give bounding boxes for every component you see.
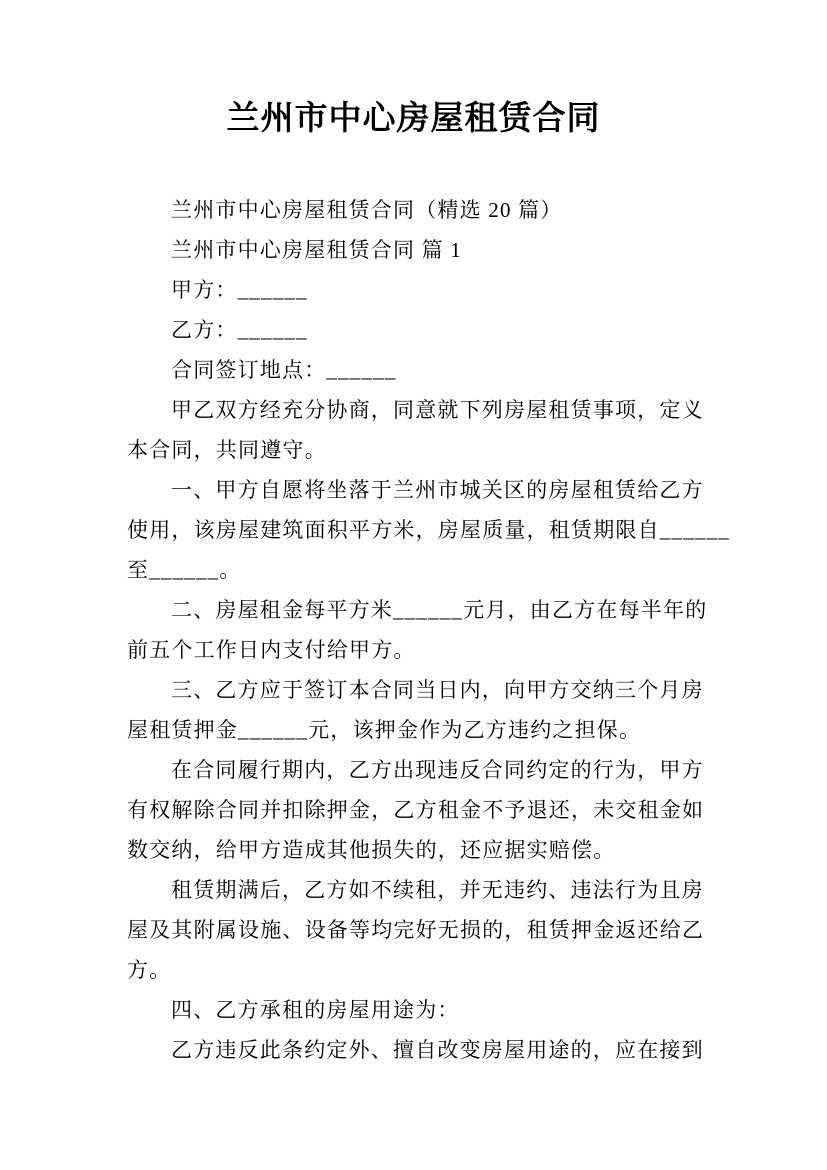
document-line: 方。	[127, 950, 707, 990]
document-body: 兰州市中心房屋租赁合同（精选 20 篇）兰州市中心房屋租赁合同 篇 1甲方：__…	[127, 190, 707, 1070]
document-line: 兰州市中心房屋租赁合同（精选 20 篇）	[127, 190, 707, 230]
document-line: 合同签订地点：______	[127, 350, 707, 390]
document-line: 甲方：______	[127, 270, 707, 310]
document-line: 有权解除合同并扣除押金，乙方租金不予退还，未交租金如	[127, 790, 707, 830]
document-line: 使用，该房屋建筑面积平方米，房屋质量，租赁期限自______	[127, 510, 707, 550]
document-line: 在合同履行期内，乙方出现违反合同约定的行为，甲方	[127, 750, 707, 790]
document-line: 一、甲方自愿将坐落于兰州市城关区的房屋租赁给乙方	[127, 470, 707, 510]
document-line: 前五个工作日内支付给甲方。	[127, 630, 707, 670]
document-line: 屋及其附属设施、设备等均完好无损的，租赁押金返还给乙	[127, 910, 707, 950]
document-line: 屋租赁押金______元，该押金作为乙方违约之担保。	[127, 710, 707, 750]
document-line: 三、乙方应于签订本合同当日内，向甲方交纳三个月房	[127, 670, 707, 710]
document-page: 兰州市中心房屋租赁合同 兰州市中心房屋租赁合同（精选 20 篇）兰州市中心房屋租…	[0, 0, 827, 1170]
document-line: 乙方违反此条约定外、擅自改变房屋用途的，应在接到	[127, 1030, 707, 1070]
document-line: 至______。	[127, 550, 707, 590]
document-line: 乙方：______	[127, 310, 707, 350]
document-line: 甲乙双方经充分协商，同意就下列房屋租赁事项，定义	[127, 390, 707, 430]
document-title: 兰州市中心房屋租赁合同	[0, 95, 827, 143]
document-line: 四、乙方承租的房屋用途为：	[127, 990, 707, 1030]
document-line: 租赁期满后，乙方如不续租，并无违约、违法行为且房	[127, 870, 707, 910]
document-line: 二、房屋租金每平方米______元月，由乙方在每半年的	[127, 590, 707, 630]
document-line: 本合同，共同遵守。	[127, 430, 707, 470]
document-line: 数交纳，给甲方造成其他损失的，还应据实赔偿。	[127, 830, 707, 870]
document-line: 兰州市中心房屋租赁合同 篇 1	[127, 230, 707, 270]
